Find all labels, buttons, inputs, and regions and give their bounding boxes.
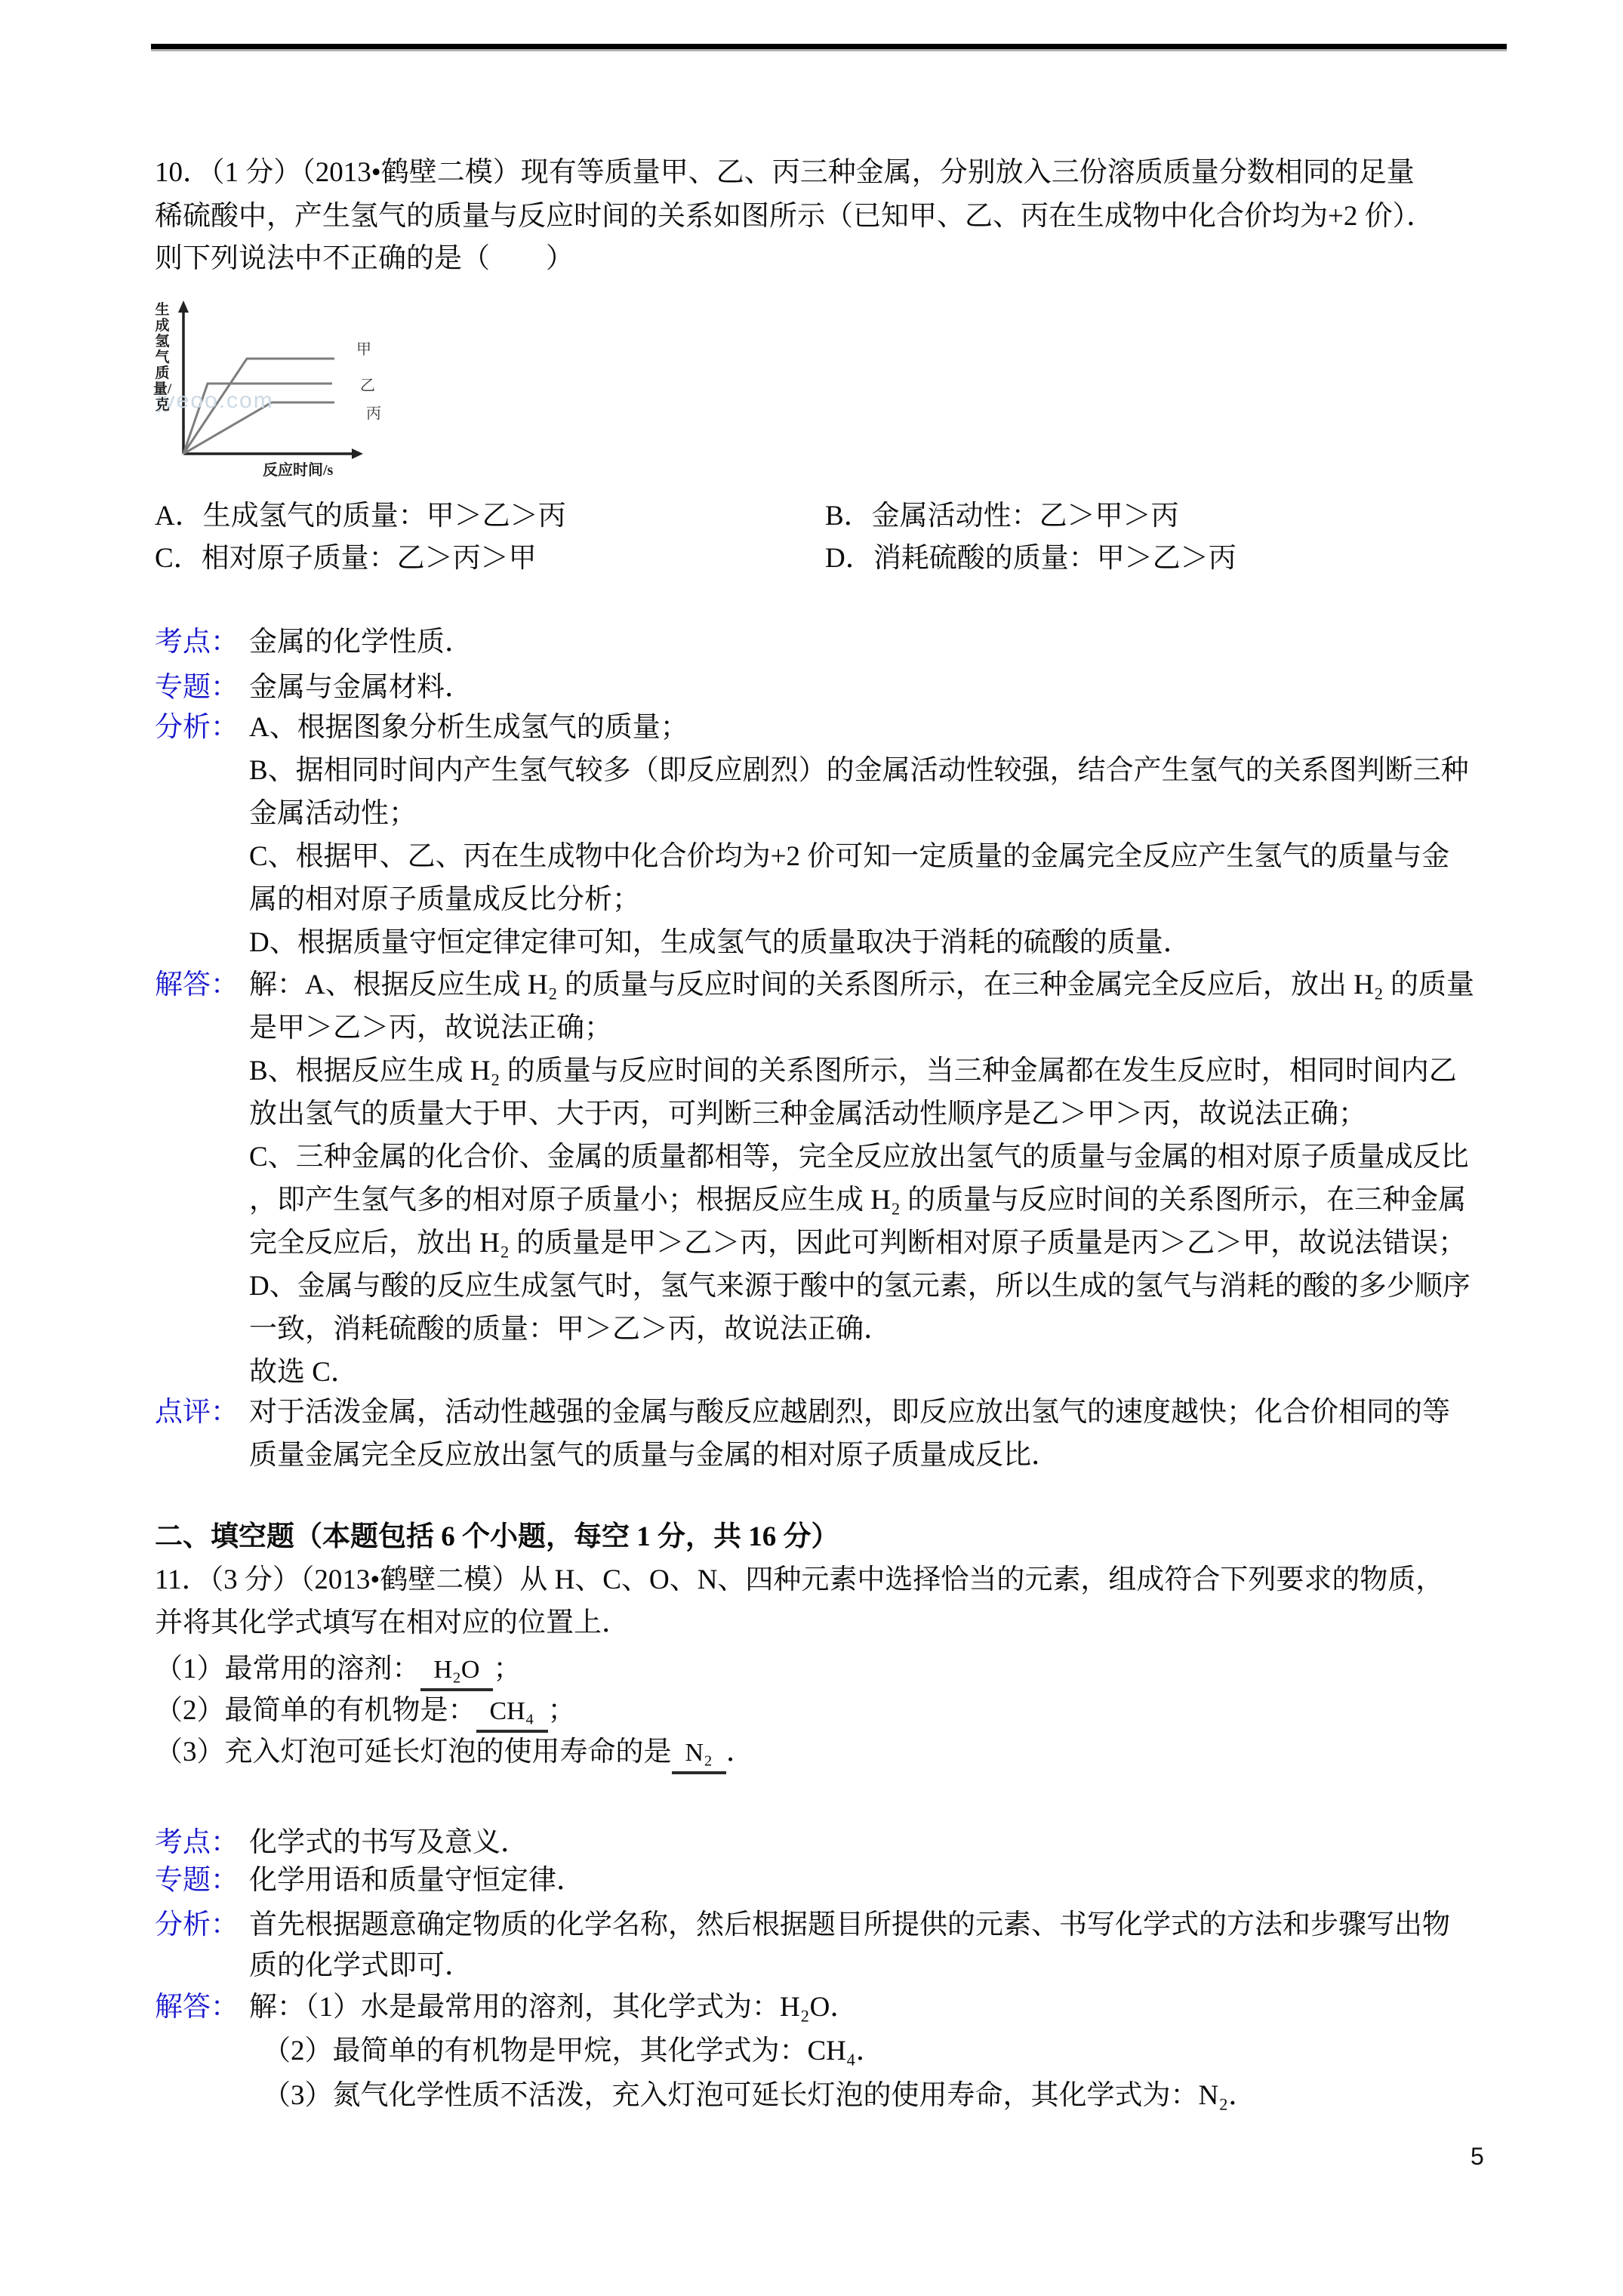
q11-fenxi-line: 质的化学式即可． bbox=[249, 1944, 473, 1987]
q10-option-c: C．相对原子质量：乙＞丙＞甲 bbox=[155, 537, 537, 580]
header-rule bbox=[151, 44, 1507, 51]
q10-jieda-line: 一致，消耗硫酸的质量：甲＞乙＞丙，故说法正确． bbox=[249, 1308, 892, 1351]
q11-blank1-prefix: （1）最常用的溶剂： bbox=[155, 1653, 420, 1684]
q11-blank3-answer: N₂ bbox=[672, 1736, 726, 1774]
q10-fenxi-line: D、根据质量守恒定律定律可知，生成氢气的质量取决于消耗的硫酸的质量． bbox=[249, 921, 1191, 964]
q11-fenxi-label: 分析： bbox=[155, 1903, 239, 1946]
q10-fenxi-line: C、根据甲、乙、丙在生成物中化合价均为+2 价可知一定质量的金属完全反应产生氢气… bbox=[249, 835, 1449, 878]
q11-kaodian-text: 化学式的书写及意义． bbox=[249, 1821, 528, 1864]
q11-blank-row-1: （1）最常用的溶剂：H₂O； bbox=[155, 1647, 521, 1690]
q11-kaodian-label: 考点： bbox=[155, 1821, 239, 1864]
q10-dianping-label: 点评： bbox=[155, 1391, 239, 1434]
q10-jieda-line: 放出氢气的质量大于甲、大于丙，可判断三种金属活动性顺序是乙＞甲＞丙，故说法正确； bbox=[249, 1093, 1366, 1136]
figure-series-label-yi: 乙 bbox=[360, 373, 375, 395]
q11-zhuanti-label: 专题： bbox=[155, 1859, 239, 1902]
q11-fenxi-line: 首先根据题意确定物质的化学名称，然后根据题目所提供的元素、书写化学式的方法和步骤… bbox=[249, 1903, 1450, 1946]
q10-jieda-line: 解：A、根据反应生成 H₂ 的质量与反应时间的关系图所示，在三种金属完全反应后，… bbox=[249, 963, 1474, 1006]
q11-line-1: 11．（3 分）（2013•鹤壁二模）从 H、C、O、N、四种元素中选择恰当的元… bbox=[155, 1558, 1443, 1601]
q10-option-a: A．生成氢气的质量：甲＞乙＞丙 bbox=[155, 495, 566, 538]
q10-figure: jyeoo.com 生成氢气质量/克 反应时间/s 甲 乙 丙 bbox=[151, 300, 423, 491]
q11-jieda-line: （3）氮气化学性质不活泼，充入灯泡可延长灯泡的使用寿命，其化学式为：N₂． bbox=[263, 2074, 1256, 2117]
q11-blank3-suffix: ． bbox=[726, 1737, 754, 1767]
watermark: jyeoo.com bbox=[157, 388, 274, 414]
q11-blank2-suffix: ； bbox=[548, 1695, 576, 1726]
q10-jieda-line: 完全反应后，放出 H₂ 的质量是甲＞乙＞丙，因此可判断相对原子质量是丙＞乙＞甲，… bbox=[249, 1222, 1466, 1265]
q10-kaodian-label: 考点： bbox=[155, 621, 239, 664]
q11-zhuanti-text: 化学用语和质量守恒定律． bbox=[249, 1859, 584, 1902]
q10-zhuanti-text: 金属与金属材料． bbox=[249, 666, 473, 709]
q10-jieda-label: 解答： bbox=[155, 963, 239, 1006]
section2-title: 二、填空题（本题包括 6 个小题，每空 1 分，共 16 分） bbox=[155, 1515, 839, 1558]
q11-blank-row-3: （3）充入灯泡可延长灯泡的使用寿命的是N₂． bbox=[155, 1730, 754, 1774]
q10-zhuanti-label: 专题： bbox=[155, 666, 239, 709]
q10-jieda-line: B、根据反应生成 H₂ 的质量与反应时间的关系图所示，当三种金属都在发生反应时，… bbox=[249, 1049, 1457, 1093]
figure-x-axis-label: 反应时间/s bbox=[263, 458, 333, 479]
q11-blank2-prefix: （2）最简单的有机物是： bbox=[155, 1695, 476, 1726]
q11-jieda-line: 解：（1）水是最常用的溶剂，其化学式为：H₂O． bbox=[249, 1986, 858, 2029]
q11-jieda-line: （2）最简单的有机物是甲烷，其化学式为：CH₄． bbox=[263, 2029, 884, 2073]
q10-fenxi-line: B、据相同时间内产生氢气较多（即反应剧烈）的金属活动性较强，结合产生氢气的关系图… bbox=[249, 749, 1469, 792]
q11-blank1-suffix: ； bbox=[493, 1653, 521, 1684]
q10-jieda-line: 是甲＞乙＞丙，故说法正确； bbox=[249, 1006, 612, 1049]
q10-fenxi-line: A、根据图象分析生成氢气的质量； bbox=[249, 706, 688, 749]
q10-option-d: D．消耗硫酸的质量：甲＞乙＞丙 bbox=[825, 537, 1236, 580]
q10-fenxi-label: 分析： bbox=[155, 706, 239, 749]
q11-line-2: 并将其化学式填写在相对应的位置上． bbox=[155, 1601, 630, 1644]
q10-fenxi-line: 属的相对原子质量成反比分析； bbox=[249, 878, 640, 921]
q10-dianping-line: 对于活泼金属，活动性越强的金属与酸反应越剧烈，即反应放出氢气的速度越快；化合价相… bbox=[249, 1391, 1450, 1434]
q11-blank3-prefix: （3）充入灯泡可延长灯泡的使用寿命的是 bbox=[155, 1737, 672, 1767]
q11-jieda-label: 解答： bbox=[155, 1986, 239, 2029]
q10-line-2: 稀硫酸中，产生氢气的质量与反应时间的关系如图所示（已知甲、乙、丙在生成物中化合价… bbox=[155, 195, 1434, 238]
figure-series-label-bing: 丙 bbox=[366, 401, 381, 423]
page-number: 5 bbox=[1471, 2143, 1484, 2171]
q11-blank2-answer: CH₄ bbox=[476, 1694, 548, 1733]
q10-jieda-line: C、三种金属的化合价、金属的质量都相等，完全反应放出氢气的质量与金属的相对原子质… bbox=[249, 1136, 1469, 1179]
q11-blank-row-2: （2）最简单的有机物是：CH₄； bbox=[155, 1689, 576, 1732]
figure-series-label-jia: 甲 bbox=[356, 337, 371, 359]
q10-jieda-line: ，即产生氢气多的相对原子质量小；根据反应生成 H₂ 的质量与反应时间的关系图所示… bbox=[249, 1179, 1466, 1222]
q10-jieda-line: D、金属与酸的反应生成氢气时，氢气来源于酸中的氢元素，所以生成的氢气与消耗的酸的… bbox=[249, 1265, 1471, 1308]
q10-option-b: B．金属活动性：乙＞甲＞丙 bbox=[825, 495, 1179, 538]
q10-line-1: 10．（1 分）（2013•鹤壁二模）现有等质量甲、乙、丙三种金属，分别放入三份… bbox=[155, 151, 1415, 194]
q10-jieda-answer: 故选 C． bbox=[249, 1351, 359, 1394]
q10-dianping-line: 质量金属完全反应放出氢气的质量与金属的相对原子质量成反比． bbox=[249, 1434, 1059, 1477]
q10-fenxi-line: 金属活动性； bbox=[249, 792, 417, 835]
q10-kaodian-text: 金属的化学性质． bbox=[249, 621, 473, 664]
figure-y-axis-label: 生成氢气质量/克 bbox=[152, 302, 172, 413]
q11-blank1-answer: H₂O bbox=[420, 1653, 494, 1691]
q10-line-3: 则下列说法中不正确的是（ ） bbox=[155, 237, 574, 280]
